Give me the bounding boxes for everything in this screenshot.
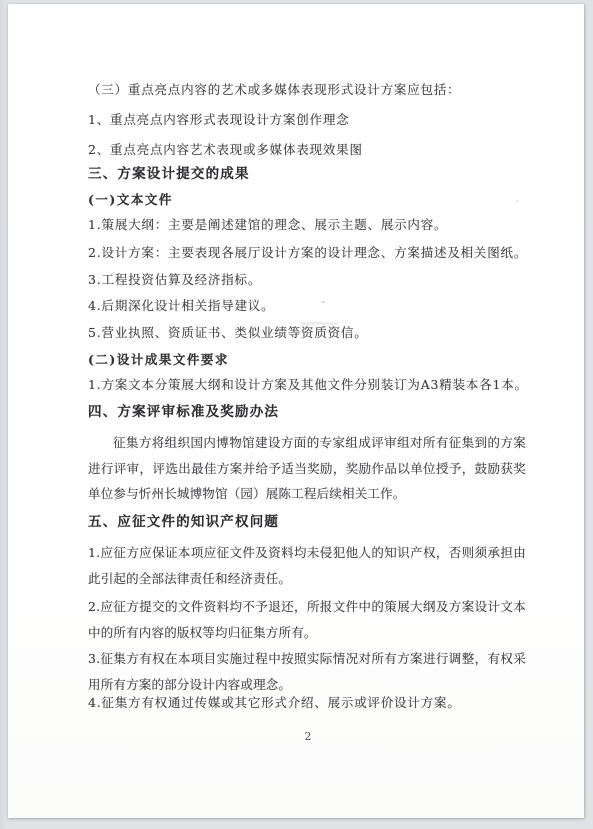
- highlight-list-item-2: 2、重点亮点内容艺术表现或多媒体表现效果图: [88, 142, 528, 158]
- scan-artifact-dot: [322, 301, 325, 303]
- review-process-paragraph: 征集方将组织国内博物馆建设方面的专家组成评审组对所有征集到的方案进行评审，评选出…: [88, 430, 526, 507]
- heading-section-4-review-and-awards: 四、方案评审标准及奖励办法: [88, 400, 528, 420]
- document-page: （三）重点亮点内容的艺术或多媒体表现形式设计方案应包括： 1、重点亮点内容形式表…: [8, 4, 584, 818]
- document-viewer-background: （三）重点亮点内容的艺术或多媒体表现形式设计方案应包括： 1、重点亮点内容形式表…: [0, 0, 593, 829]
- text-file-item-5: 5.营业执照、资质证书、类似业绩等资质资信。: [88, 325, 528, 341]
- subheading-text-files: (一)文本文件: [88, 190, 528, 208]
- text-file-item-3: 3.工程投资估算及经济指标。: [88, 272, 528, 288]
- design-result-item-1: 1.方案文本分策展大纲和设计方案及其他文件分别装订为A3精装本各1本。: [88, 377, 528, 393]
- scan-artifact-dot: [516, 200, 519, 202]
- ip-clause-1: 1.应征方应保证本项应征文件及资料均未侵犯他人的知识产权，否则须承担由此引起的全…: [88, 540, 526, 591]
- highlight-list-item-1: 1、重点亮点内容形式表现设计方案创作理念: [88, 112, 528, 128]
- text-file-item-1: 1.策展大纲：主要是阐述建馆的理念、展示主题、展示内容。: [88, 217, 528, 233]
- subsection-3-lead: （三）重点亮点内容的艺术或多媒体表现形式设计方案应包括：: [88, 82, 528, 98]
- ip-clause-3: 3.征集方有权在本项目实施过程中按照实际情况对所有方案进行调整，有权采用所有方案…: [88, 646, 526, 697]
- ip-clause-2: 2.应征方提交的文件资料均不予退还，所报文件中的策展大纲及方案设计文本中的所有内…: [88, 594, 526, 645]
- text-file-item-2: 2.设计方案：主要表现各展厅设计方案的设计理念、方案描述及相关图纸。: [88, 245, 528, 261]
- text-file-item-4: 4.后期深化设计相关指导建议。: [88, 298, 528, 314]
- heading-section-3-deliverables: 三、方案设计提交的成果: [88, 162, 528, 182]
- heading-section-5-intellectual-property: 五、应征文件的知识产权问题: [88, 510, 528, 530]
- subheading-design-result-requirements: (二)设计成果文件要求: [88, 350, 528, 368]
- ip-clause-4: 4.征集方有权通过传媒或其它形式介绍、展示或评价设计方案。: [88, 695, 528, 711]
- page-number: 2: [88, 730, 528, 743]
- scan-artifact-smudge: [300, 322, 338, 325]
